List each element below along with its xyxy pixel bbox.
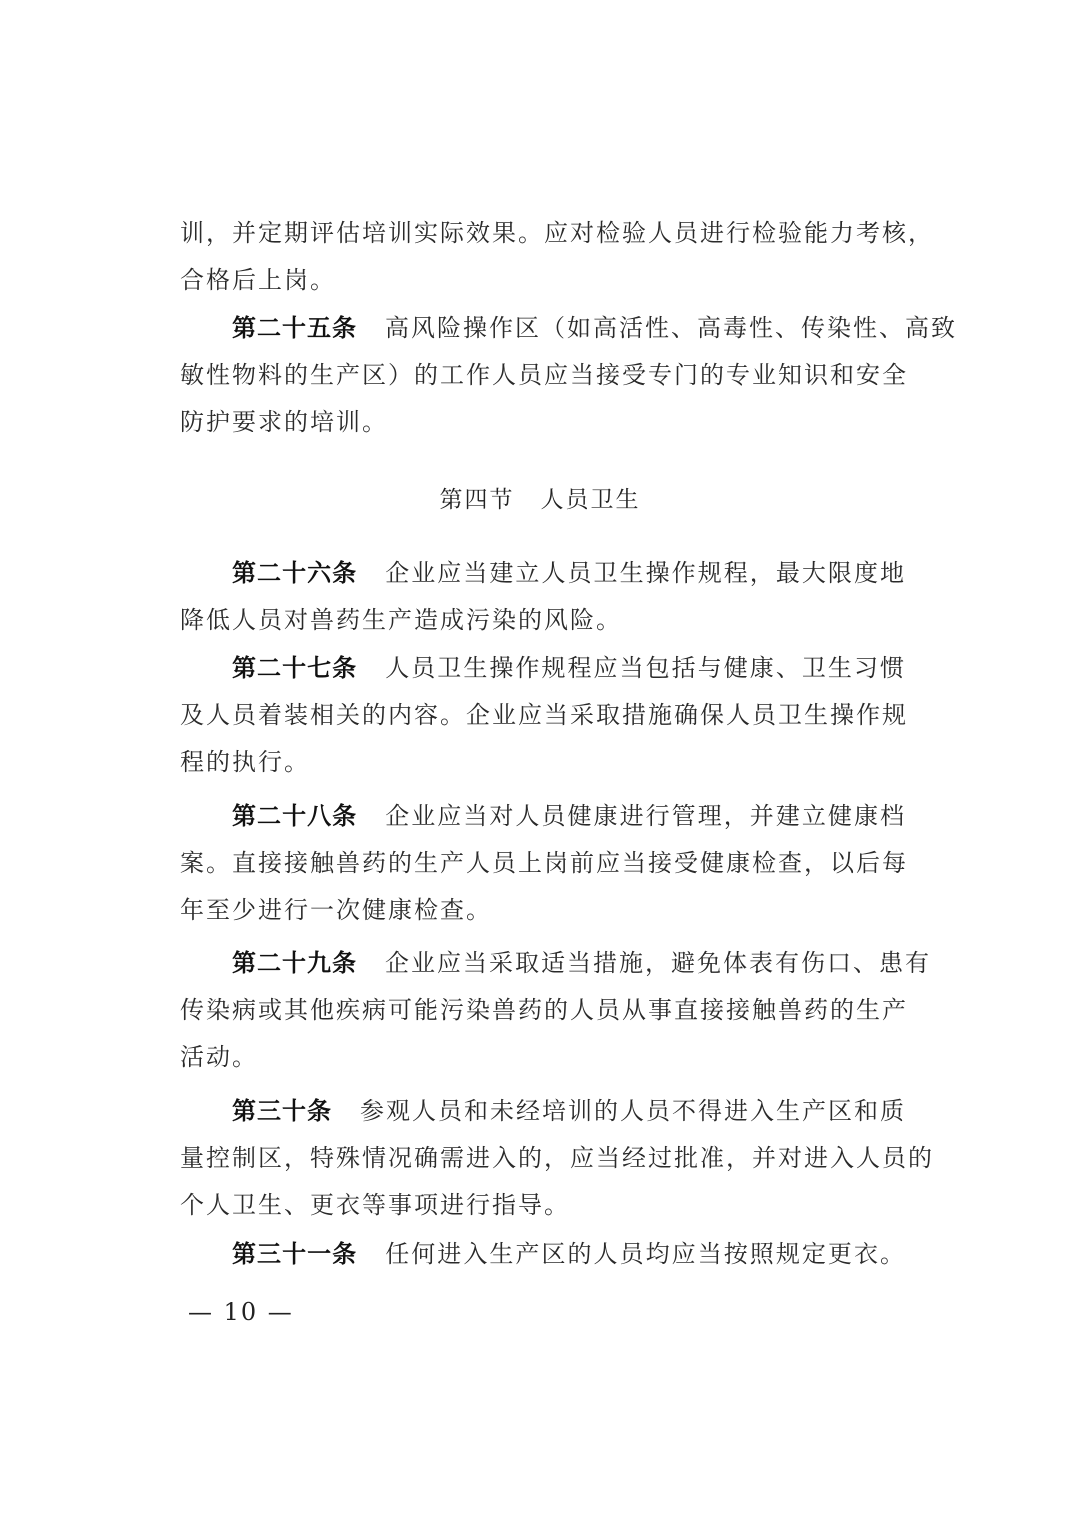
article-number: 第二十五条	[232, 314, 357, 342]
article-number: 第三十条	[232, 1097, 332, 1125]
article-number: 第二十七条	[232, 654, 357, 682]
article-number: 第二十八条	[232, 802, 357, 830]
article-text: 人员卫生操作规程应当包括与健康、卫生习惯	[385, 654, 906, 682]
paragraph-line: 活动。	[180, 1037, 906, 1077]
paragraph-line: 传染病或其他疾病可能污染兽药的人员从事直接接触兽药的生产	[180, 990, 906, 1030]
article-25: 第二十五条高风险操作区（如高活性、高毒性、传染性、高致	[232, 308, 906, 348]
paragraph-line: 防护要求的培训。	[180, 402, 906, 442]
paragraph-line: 年至少进行一次健康检查。	[180, 890, 906, 930]
article-28: 第二十八条企业应当对人员健康进行管理，并建立健康档	[232, 796, 906, 836]
article-number: 第三十一条	[232, 1240, 357, 1268]
article-text: 高风险操作区（如高活性、高毒性、传染性、高致	[385, 314, 957, 342]
paragraph-line: 程的执行。	[180, 742, 906, 782]
article-29: 第二十九条企业应当采取适当措施，避免体表有伤口、患有	[232, 943, 906, 983]
paragraph-line: 合格后上岗。	[180, 260, 906, 300]
paragraph-line: 降低人员对兽药生产造成污染的风险。	[180, 600, 906, 640]
article-text: 任何进入生产区的人员均应当按照规定更衣。	[385, 1240, 906, 1268]
section-label: 第四节	[440, 487, 515, 513]
article-text: 参观人员和未经培训的人员不得进入生产区和质	[360, 1097, 906, 1125]
paragraph-line: 敏性物料的生产区）的工作人员应当接受专门的专业知识和安全	[180, 355, 906, 395]
paragraph-line: 案。直接接触兽药的生产人员上岗前应当接受健康检查，以后每	[180, 843, 906, 883]
article-text: 企业应当采取适当措施，避免体表有伤口、患有	[385, 949, 931, 977]
article-31: 第三十一条任何进入生产区的人员均应当按照规定更衣。	[232, 1234, 906, 1274]
article-number: 第二十九条	[232, 949, 357, 977]
article-number: 第二十六条	[232, 559, 357, 587]
page-number: — 10 —	[188, 1295, 294, 1329]
article-26: 第二十六条企业应当建立人员卫生操作规程，最大限度地	[232, 553, 906, 593]
article-27: 第二十七条人员卫生操作规程应当包括与健康、卫生习惯	[232, 648, 906, 688]
paragraph-line: 量控制区，特殊情况确需进入的，应当经过批准，并对进入人员的	[180, 1138, 906, 1178]
document-page: 训，并定期评估培训实际效果。应对检验人员进行检验能力考核， 合格后上岗。 第二十…	[0, 0, 1080, 1529]
paragraph-line: 训，并定期评估培训实际效果。应对检验人员进行检验能力考核，	[180, 213, 906, 253]
paragraph-line: 及人员着装相关的内容。企业应当采取措施确保人员卫生操作规	[180, 695, 906, 735]
article-30: 第三十条参观人员和未经培训的人员不得进入生产区和质	[232, 1091, 906, 1131]
article-text: 企业应当建立人员卫生操作规程，最大限度地	[385, 559, 906, 587]
section-heading: 第四节人员卫生	[0, 480, 1080, 520]
section-title: 人员卫生	[541, 487, 641, 513]
article-text: 企业应当对人员健康进行管理，并建立健康档	[385, 802, 906, 830]
paragraph-line: 个人卫生、更衣等事项进行指导。	[180, 1185, 906, 1225]
